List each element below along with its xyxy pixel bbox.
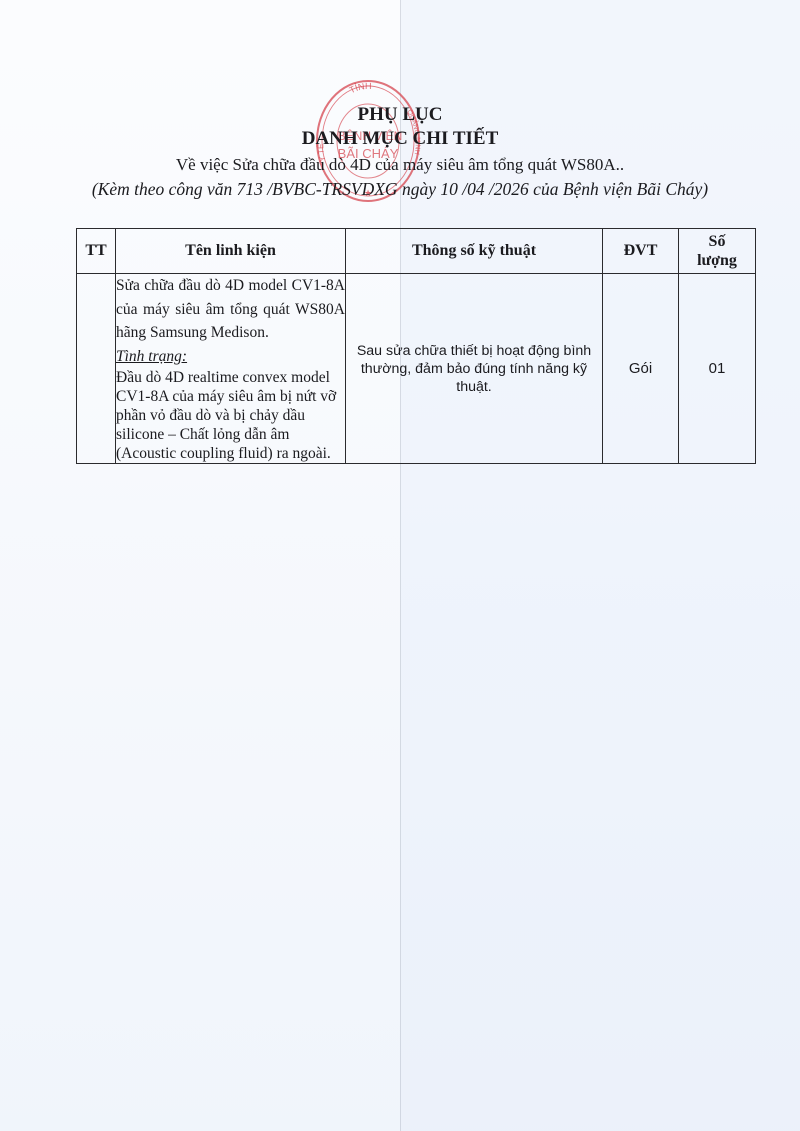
cell-specification: Sau sửa chữa thiết bị hoạt động bình thư… xyxy=(346,274,603,464)
header-tt: TT xyxy=(77,229,116,274)
header-quantity-line2: lượng xyxy=(697,252,737,269)
header-quantity-line1: Số xyxy=(709,233,726,250)
header-quantity: Số lượng xyxy=(679,229,756,274)
header-unit: ĐVT xyxy=(603,229,679,274)
table-row: Sửa chữa đầu dò 4D model CV1-8A của máy … xyxy=(77,274,756,464)
header-specification: Thông số kỹ thuật xyxy=(346,229,603,274)
table-header-row: TT Tên linh kiện Thông số kỹ thuật ĐVT S… xyxy=(77,229,756,274)
cell-unit: Gói xyxy=(603,274,679,464)
header-component-name: Tên linh kiện xyxy=(116,229,346,274)
cell-quantity: 01 xyxy=(679,274,756,464)
status-description: Đầu dò 4D realtime convex model CV1-8A c… xyxy=(116,368,345,463)
component-table: TT Tên linh kiện Thông số kỹ thuật ĐVT S… xyxy=(76,228,756,464)
cell-tt xyxy=(77,274,116,464)
status-label: Tình trạng: xyxy=(116,345,345,369)
detail-list-title: DANH MỤC CHI TIẾT xyxy=(0,128,800,150)
appendix-title: PHỤ LỤC xyxy=(0,104,800,126)
cell-component-name: Sửa chữa đầu dò 4D model CV1-8A của máy … xyxy=(116,274,346,464)
document-subject: Về việc Sửa chữa đầu dò 4D của máy siêu … xyxy=(0,155,800,175)
component-description: Sửa chữa đầu dò 4D model CV1-8A của máy … xyxy=(116,274,345,345)
attachment-note: (Kèm theo công văn 713 /BVBC-TRSVDXG ngà… xyxy=(0,179,800,200)
